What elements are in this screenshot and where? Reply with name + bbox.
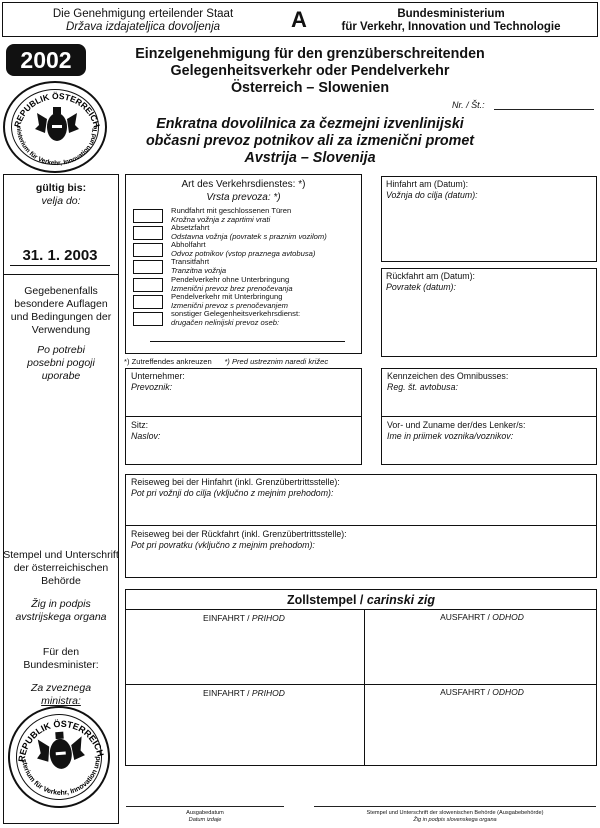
conditions-de-3: und Bedingungen der: [3, 311, 119, 324]
title-sl-line2: občasni prevoz potnikov ali za izmenični…: [110, 133, 510, 150]
minister-sl-1: Za zveznega: [3, 682, 119, 695]
option-checkbox[interactable]: [133, 226, 163, 240]
divider: [125, 416, 362, 417]
conditions-de-1: Gegebenenfalls: [3, 285, 119, 298]
entry-de: EINFAHRT /: [203, 688, 249, 698]
conditions-de-2: besondere Auflagen: [3, 298, 119, 311]
exit-de: AUSFAHRT /: [440, 612, 490, 622]
outbound-date-label-de: Hinfahrt am (Datum):: [386, 179, 592, 190]
return-date-label-sl: Povratek (datum):: [386, 282, 592, 293]
valid-until-sl: velja do:: [3, 195, 119, 208]
service-type-heading-sl: Vrsta prevoza: *): [126, 191, 361, 204]
registration-field[interactable]: Kennzeichen des Omnibusses: Reg. št. avt…: [383, 369, 595, 416]
title-german: Einzelgenehmigung für den grenzüberschre…: [110, 46, 510, 97]
divider: [125, 525, 597, 526]
drivers-label-de: Vor- und Zuname der/des Lenker/s:: [387, 420, 591, 431]
entry-de: EINFAHRT /: [203, 613, 249, 623]
conditions-sl-1: Po potrebi: [3, 344, 119, 357]
title-de-line3: Österreich – Slowenien: [110, 80, 510, 97]
slovene-stamp-de: Stempel und Unterschrift der slowenische…: [314, 810, 596, 817]
option-checkbox[interactable]: [133, 260, 163, 274]
austrian-stamp-label-sl: Žig in podpis avstrijskega organa: [3, 598, 119, 624]
return-date-field[interactable]: Rückfahrt am (Datum): Povratek (datum):: [381, 268, 597, 357]
issuing-authority-header: Die Genehmigung erteilender Staat Država…: [2, 2, 598, 37]
seat-field[interactable]: Sitz: Naslov:: [127, 418, 360, 463]
route-out-label-de: Reiseweg bei der Hinfahrt (inkl. Grenzüb…: [131, 477, 591, 488]
stamp-sl-1: Žig in podpis: [3, 598, 119, 611]
issue-date-de: Ausgabedatum: [126, 810, 284, 817]
conditions-label-sl: Po potrebi posebni pogoji uporabe: [3, 344, 119, 383]
exit-de: AUSFAHRT /: [440, 687, 490, 697]
operator-label-de: Unternehmer:: [131, 371, 356, 382]
title-slovene: Enkratna dovolilnica za čezmejni izvenli…: [110, 116, 510, 167]
outbound-date-label-sl: Vožnja do cilja (datum):: [386, 190, 592, 201]
exit-sl: ODHOD: [492, 687, 524, 697]
route-out-label-sl: Pot pri vožnji do cilja (vključno z mejn…: [131, 488, 591, 499]
route-back-field[interactable]: Reiseweg bei der Rückfahrt (inkl. Grenzü…: [127, 527, 595, 577]
option-sl: drugačen nelinijski prevoz oseb:: [171, 319, 371, 328]
country-code: A: [291, 7, 307, 33]
ministry-seal-icon: REPUBLIK ÖSTERREICH Bundesministerium fü…: [3, 81, 107, 173]
entry-sl: PRIHOD: [252, 613, 285, 623]
issue-date-field[interactable]: [126, 806, 284, 807]
route-back-label-sl: Pot pri povratku (vključno z mejnim preh…: [131, 540, 591, 551]
divider: [3, 274, 119, 275]
title-de-line1: Einzelgenehmigung für den grenzüberschre…: [110, 46, 510, 63]
customs-title-de: Zollstempel /: [287, 593, 363, 607]
registration-label-sl: Reg. št. avtobusa:: [387, 382, 591, 393]
stamp-de-3: Behörde: [3, 575, 119, 588]
option-checkbox[interactable]: [133, 278, 163, 292]
outbound-date-field[interactable]: Hinfahrt am (Datum): Vožnja do cilja (da…: [381, 176, 597, 262]
other-service-input[interactable]: [150, 341, 345, 342]
minister-de-2: Bundesminister:: [3, 659, 119, 672]
stamp-de-1: Stempel und Unterschrift: [3, 549, 119, 562]
valid-until-de: gültig bis:: [3, 182, 119, 195]
valid-until-date: 31. 1. 2003: [10, 247, 110, 266]
austrian-stamp-label: Stempel und Unterschrift der österreichi…: [3, 549, 119, 588]
minister-de-1: Für den: [3, 646, 119, 659]
ministry-name: Bundesministerium für Verkehr, Innovatio…: [321, 8, 581, 34]
option-checkbox[interactable]: [133, 209, 163, 223]
option-checkbox[interactable]: [133, 312, 163, 326]
conditions-sl-2: posebni pogoji: [3, 357, 119, 370]
customs-entry-2[interactable]: EINFAHRT / PRIHOD: [126, 688, 362, 698]
number-label: Nr. / Št.:: [452, 100, 485, 110]
slovene-stamp-field[interactable]: [314, 806, 596, 807]
issuing-state-de: Die Genehmigung erteilender Staat: [43, 8, 243, 21]
operator-label-sl: Prevoznik:: [131, 382, 356, 393]
valid-until-label: gültig bis: velja do:: [3, 182, 119, 208]
minister-label: Für den Bundesminister:: [3, 646, 119, 672]
customs-exit-2[interactable]: AUSFAHRT / ODHOD: [364, 687, 600, 697]
issuing-state-sl: Država izdajateljica dovoljenja: [43, 21, 243, 34]
ministry-line1: Bundesministerium: [321, 8, 581, 21]
footnote: *) Zutreffendes ankreuzen *) Pred ustrez…: [124, 357, 328, 366]
route-out-field[interactable]: Reiseweg bei der Hinfahrt (inkl. Grenzüb…: [127, 475, 595, 525]
slovene-stamp-sl: Žig in podpis slovenskega organa: [314, 817, 596, 824]
operator-field[interactable]: Unternehmer: Prevoznik:: [127, 369, 360, 416]
option-sl: Tranzitna vožnja: [171, 267, 371, 276]
stamp-de-2: der österreichischen: [3, 562, 119, 575]
seat-label-de: Sitz:: [131, 420, 356, 431]
year-badge: 2002: [6, 44, 86, 76]
issuing-state-label: Die Genehmigung erteilender Staat Država…: [43, 8, 243, 34]
footnote-sl: *) Pred ustreznim naredi križec: [224, 357, 328, 366]
drivers-label-sl: Ime in priimek voznika/voznikov:: [387, 431, 591, 442]
registration-label-de: Kennzeichen des Omnibusses:: [387, 371, 591, 382]
number-field[interactable]: [494, 109, 594, 110]
customs-entry-1[interactable]: EINFAHRT / PRIHOD: [126, 613, 362, 623]
stamp-sl-2: avstrijskega organa: [3, 611, 119, 624]
divider: [126, 684, 596, 685]
service-type-heading-de: Art des Verkehrsdienstes: *): [126, 178, 361, 191]
customs-exit-1[interactable]: AUSFAHRT / ODHOD: [364, 612, 600, 622]
conditions-de-4: Verwendung: [3, 324, 119, 337]
footnote-de: *) Zutreffendes ankreuzen: [124, 357, 212, 366]
drivers-field[interactable]: Vor- und Zuname der/des Lenker/s: Ime in…: [383, 418, 595, 463]
service-type-heading: Art des Verkehrsdienstes: *) Vrsta prevo…: [126, 178, 361, 204]
seat-label-sl: Naslov:: [131, 431, 356, 442]
customs-stamp-section: Zollstempel / carinski zig EINFAHRT / PR…: [125, 589, 597, 766]
title-de-line2: Gelegenheitsverkehr oder Pendelverkehr: [110, 63, 510, 80]
issue-date-sl: Datum izdaje: [126, 817, 284, 824]
conditions-label: Gegebenenfalls besondere Auflagen und Be…: [3, 285, 119, 337]
return-date-label-de: Rückfahrt am (Datum):: [386, 271, 592, 282]
customs-title: Zollstempel / carinski zig: [126, 590, 596, 610]
customs-title-sl: carinski zig: [367, 593, 435, 607]
slovene-stamp-label: Stempel und Unterschrift der slowenische…: [314, 810, 596, 824]
entry-sl: PRIHOD: [252, 688, 285, 698]
exit-sl: ODHOD: [492, 612, 524, 622]
divider: [381, 416, 597, 417]
title-sl-line3: Avstrija – Slovenija: [110, 150, 510, 167]
option-checkbox[interactable]: [133, 243, 163, 257]
route-back-label-de: Reiseweg bei der Rückfahrt (inkl. Grenzü…: [131, 529, 591, 540]
title-sl-line1: Enkratna dovolilnica za čezmejni izvenli…: [110, 116, 510, 133]
issue-date-label: Ausgabedatum Datum izdaje: [126, 810, 284, 824]
conditions-sl-3: uporabe: [3, 370, 119, 383]
ministry-line2: für Verkehr, Innovation und Technologie: [321, 21, 581, 34]
ministry-stamp-icon: REPUBLIK ÖSTERREICH Bundesministerium fü…: [5, 703, 114, 812]
option-checkbox[interactable]: [133, 295, 163, 309]
